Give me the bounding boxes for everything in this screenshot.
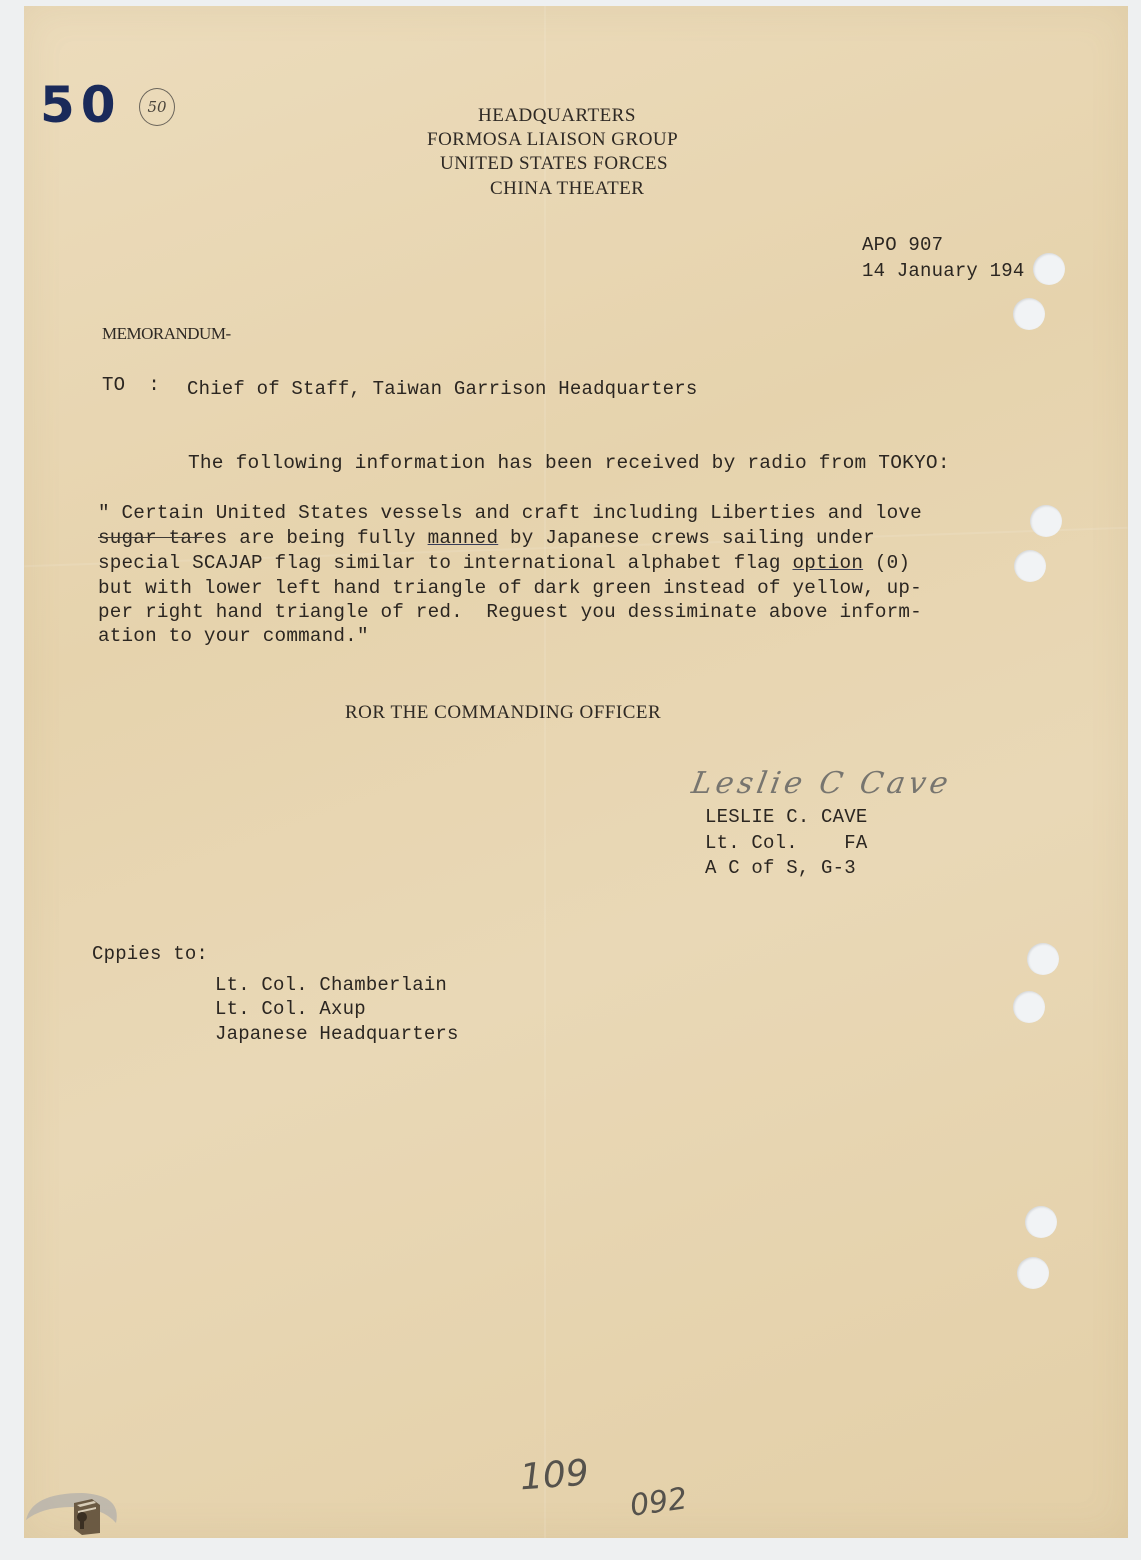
letterhead-line: FORMOSA LIAISON GROUP (427, 129, 678, 151)
handwritten-signature: Leslie C Cave (689, 766, 955, 801)
punch-hole (1014, 550, 1046, 582)
paper-crease (544, 6, 546, 1538)
intro-paragraph: The following information has been recei… (188, 452, 950, 474)
file-stamp-number: 50 (40, 76, 122, 134)
signer-rank: Lt. Col. FA (705, 832, 867, 854)
copies-label: Cppies to: (92, 943, 208, 965)
letterhead-line: UNITED STATES FORCES (440, 153, 668, 175)
copies-recipient: Lt. Col. Chamberlain (215, 974, 447, 996)
punch-hole (1030, 505, 1062, 537)
message-line: " Certain United States vessels and craf… (98, 502, 922, 524)
copies-recipient: Lt. Col. Axup (215, 998, 366, 1020)
punch-hole (1013, 298, 1045, 330)
punch-hole (1013, 991, 1045, 1023)
struck-text: sugar tar (98, 527, 204, 549)
memo-label: MEMORANDUM- (102, 324, 231, 344)
message-line: special SCAJAP flag similar to internati… (98, 552, 910, 574)
archive-book-keyhole-icon (22, 1485, 118, 1535)
to-label: TO : (102, 374, 160, 396)
punch-hole (1025, 1206, 1057, 1238)
memo-date: 14 January 194 (862, 260, 1024, 282)
punch-hole (1017, 1257, 1049, 1289)
pencil-page-number: 109 (519, 1453, 590, 1499)
circled-page-number: 50 (139, 88, 175, 126)
message-line: per right hand triangle of red. Reguest … (98, 601, 922, 623)
message-line: ation to your command." (98, 625, 369, 647)
punch-hole (1027, 943, 1059, 975)
apo-number: APO 907 (862, 234, 943, 256)
underlined-word: manned (428, 527, 499, 549)
copies-recipient: Japanese Headquarters (215, 1023, 459, 1045)
signer-position: A C of S, G-3 (705, 857, 856, 879)
to-recipient: Chief of Staff, Taiwan Garrison Headquar… (187, 378, 697, 400)
punch-hole (1033, 253, 1065, 285)
document-page (24, 6, 1128, 1538)
underlined-word: option (792, 552, 863, 574)
letterhead-line: CHINA THEATER (490, 178, 644, 200)
signer-name: LESLIE C. CAVE (705, 806, 867, 828)
letterhead-line: HEADQUARTERS (478, 105, 636, 127)
message-line: but with lower left hand triangle of dar… (98, 577, 922, 599)
message-line: sugar tares are being fully manned by Ja… (98, 527, 875, 549)
for-commanding-officer: ROR THE COMMANDING OFFICER (345, 702, 661, 724)
